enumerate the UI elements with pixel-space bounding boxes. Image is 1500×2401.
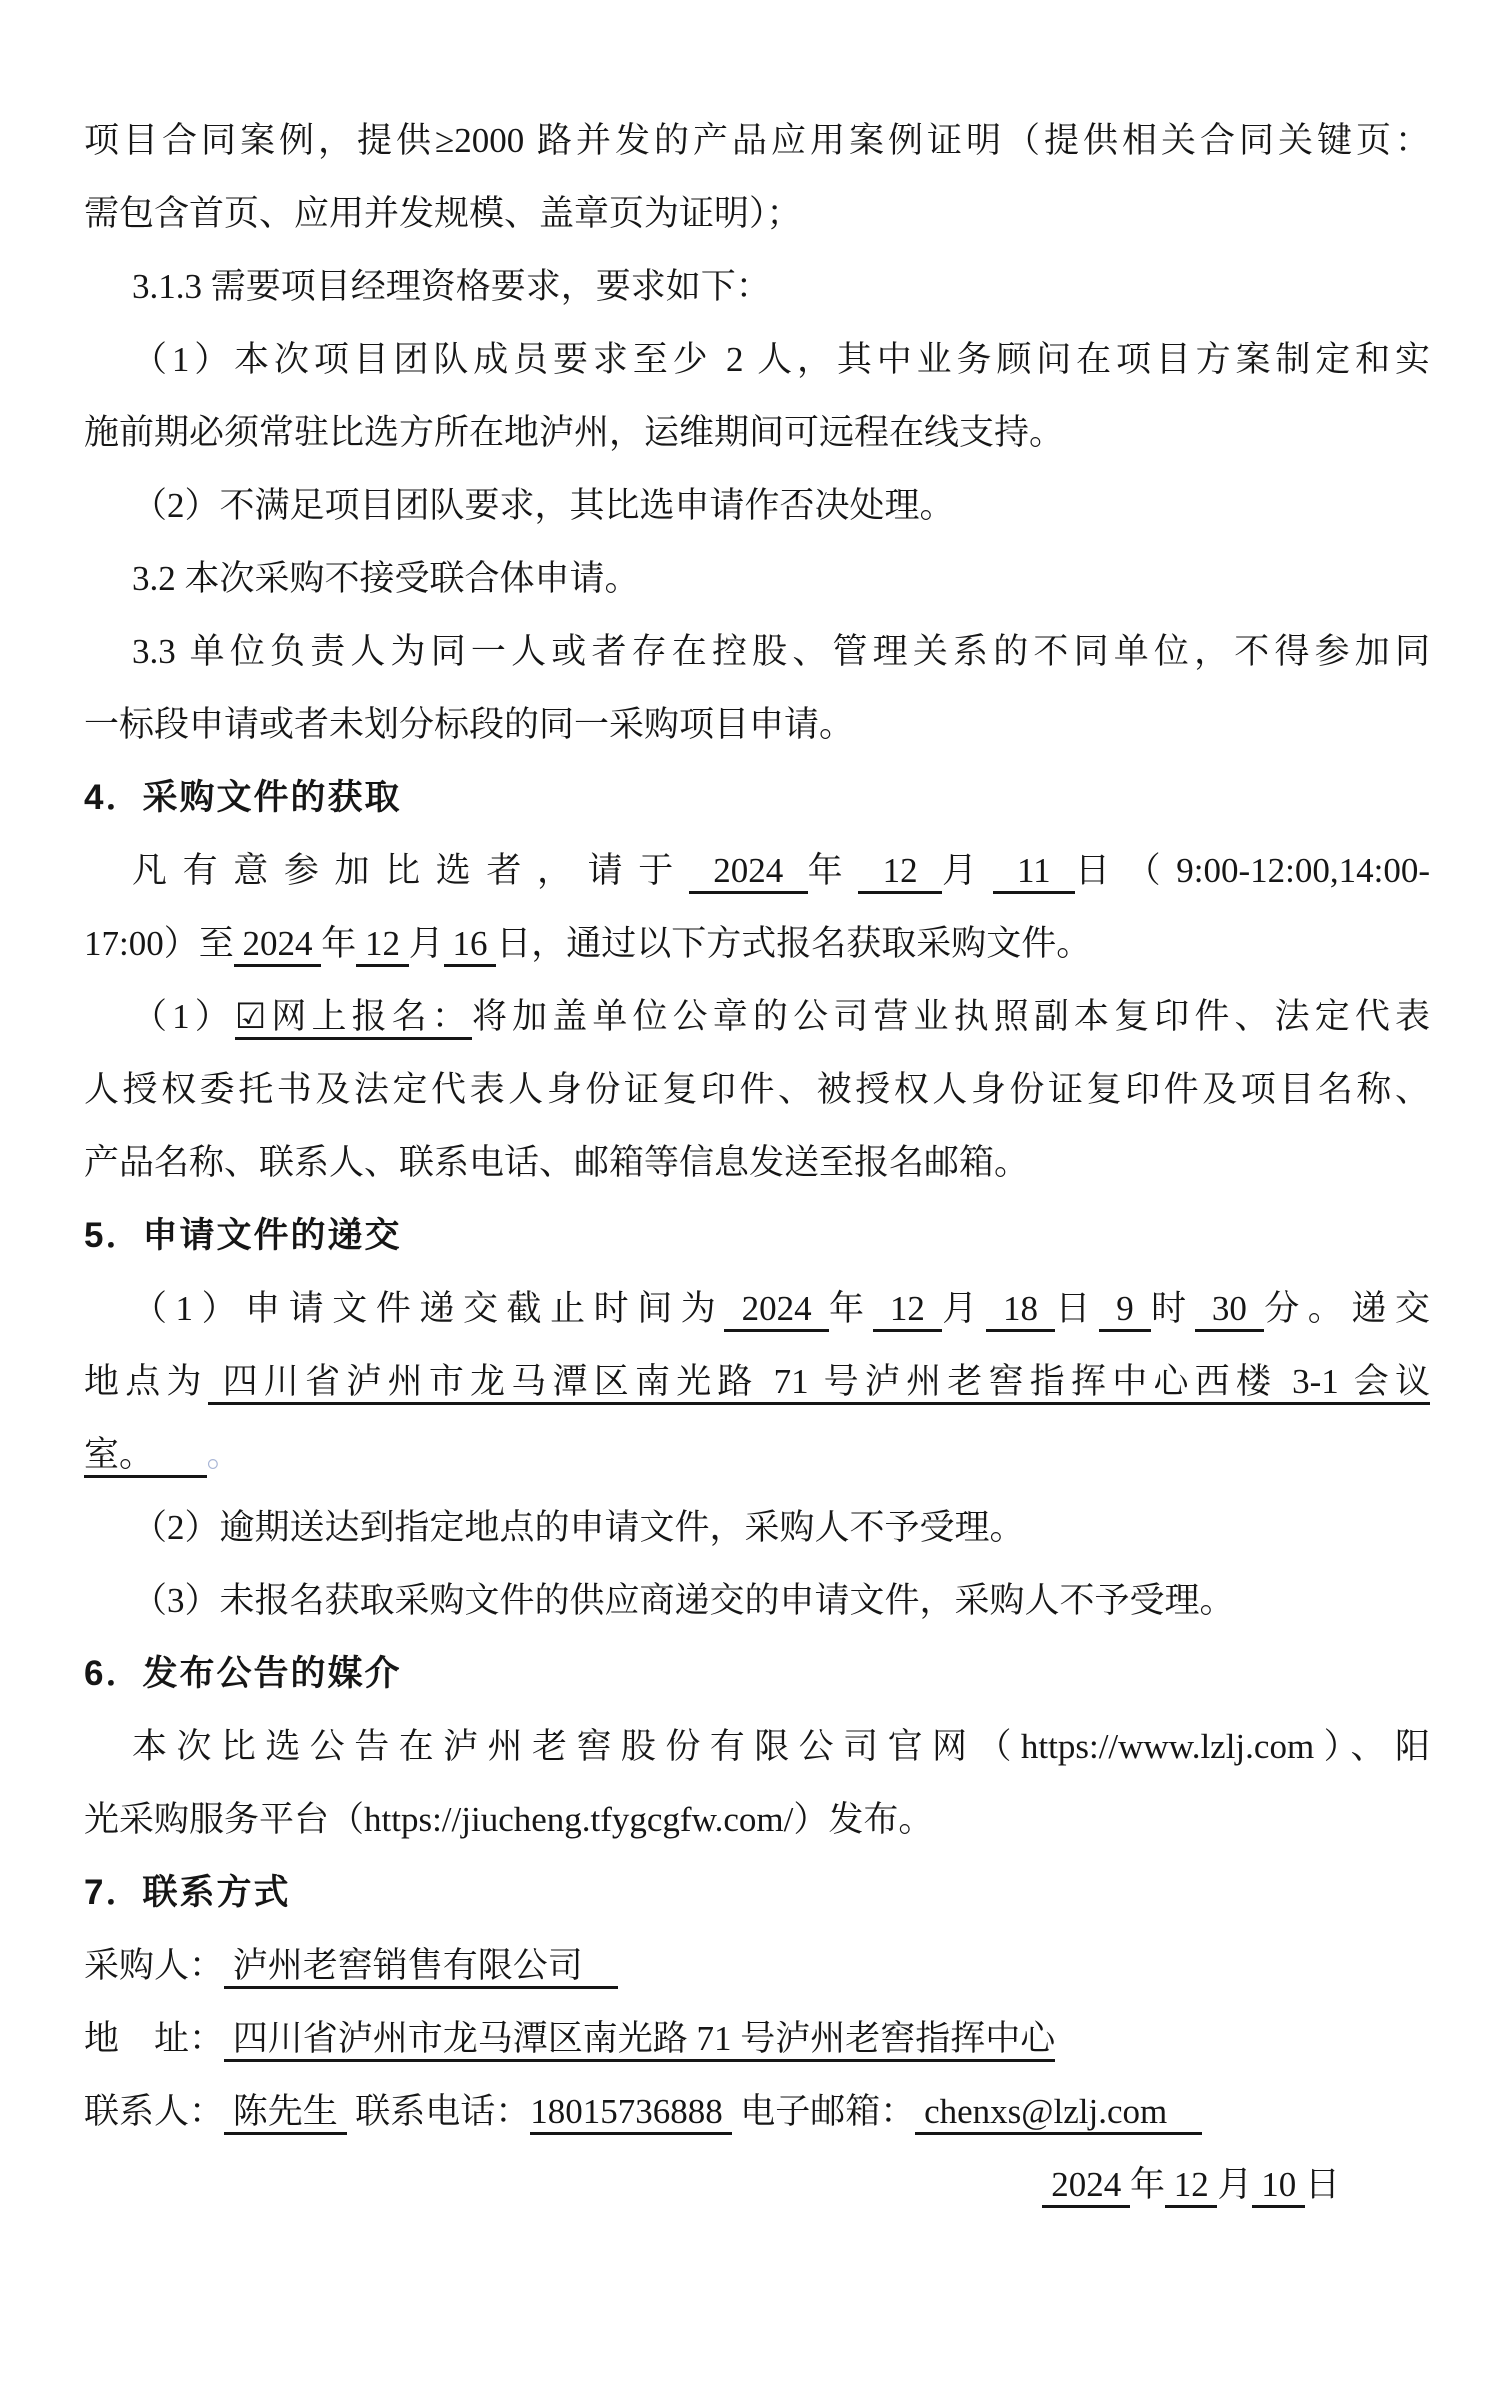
body-text: 月 [409, 924, 444, 963]
announcement-date-row: 2024 年 12 月 10 日 [84, 2148, 1430, 2221]
body-text: 年 [808, 851, 859, 890]
body-text: （2）不满足项目团队要求，其比选申请作否决处理。 [132, 486, 955, 525]
body-text: 3.1.3 需要项目经理资格要求，要求如下： [132, 267, 771, 306]
body-text: （1）申请文件递交截止时间为 [132, 1289, 724, 1328]
email-address-field: chenxs@lzlj.com [915, 2092, 1202, 2135]
document-viewer: { "colors": { "text": "#161616", "backgr… [0, 0, 1500, 2401]
body-text: 项目合同案例，提供≥2000 路并发的产品应用案例证明（提供相关合同关键页： [84, 121, 1430, 160]
text-line: 施前期必须常驻比选方所在地泸州，运维期间可远程在线支持。 [84, 396, 1430, 469]
body-text: 月 [942, 851, 993, 890]
text-line: 产品名称、联系人、联系电话、邮箱等信息发送至报名邮箱。 [84, 1126, 1430, 1199]
deadline-hour-field: 9 [1099, 1289, 1151, 1332]
body-text: 3.2 本次采购不接受联合体申请。 [132, 559, 640, 598]
body-text: （3）未报名获取采购文件的供应商递交的申请文件，采购人不予受理。 [132, 1581, 1235, 1620]
body-text: 本次比选公告在泸州老窖股份有限公司官网（https://www.lzlj.com… [132, 1727, 1430, 1766]
body-text: 人授权委托书及法定代表人身份证复印件、被授权人身份证复印件及项目名称、 [84, 1070, 1430, 1109]
clause-3-1-3: 3.1.3 需要项目经理资格要求，要求如下： [84, 250, 1430, 323]
section-heading-7: 7．联系方式 [84, 1856, 1430, 1929]
body-text: 日 [1055, 1289, 1099, 1328]
address-row: 地 址： 四川省泸州市龙马潭区南光路 71 号泸州老窖指挥中心 [84, 2002, 1430, 2075]
body-text: 分。递交 [1264, 1289, 1430, 1328]
body-text: 产品名称、联系人、联系电话、邮箱等信息发送至报名邮箱。 [84, 1143, 1029, 1182]
body-text: 年 [1130, 2165, 1165, 2204]
body-text: 月 [1217, 2165, 1252, 2204]
text-line: 需包含首页、应用并发规模、盖章页为证明）； [84, 177, 1430, 250]
text-line: （2）逾期送达到指定地点的申请文件，采购人不予受理。 [84, 1491, 1430, 1564]
body-text: 地点为 [84, 1362, 208, 1401]
address-label: 地 址： [84, 2019, 224, 2058]
phone-number-field: 18015736888 [530, 2092, 731, 2135]
contact-row: 联系人： 陈先生 联系电话：18015736888 电子邮箱： chenxs@l… [84, 2075, 1430, 2148]
heading-text: 6．发布公告的媒介 [84, 1654, 401, 1693]
body-text: 将加盖单位公章的公司营业执照副本复印件、法定代表 [472, 997, 1430, 1036]
obtain-end-day-field: 16 [444, 924, 497, 967]
deadline-minute-field: 30 [1195, 1289, 1265, 1332]
document-page: 项目合同案例，提供≥2000 路并发的产品应用案例证明（提供相关合同关键页： 需… [0, 0, 1500, 2401]
submission-address-field-end: 室。 [84, 1435, 207, 1478]
obtain-start-year-field: 2024 [689, 851, 808, 894]
body-text: 时 [1151, 1289, 1195, 1328]
section-heading-5: 5．申请文件的递交 [84, 1199, 1430, 1272]
body-text: （1） [132, 997, 235, 1036]
heading-text: 4．采购文件的获取 [84, 778, 401, 817]
obtain-start-day-field: 11 [993, 851, 1075, 894]
body-text: 光采购服务平台（https://jiucheng.tfygcgfw.com/）发… [84, 1800, 933, 1839]
heading-text: 5．申请文件的递交 [84, 1216, 401, 1255]
body-text: （2）逾期送达到指定地点的申请文件，采购人不予受理。 [132, 1508, 1025, 1547]
body-text: 日，通过以下方式报名获取采购文件。 [496, 924, 1091, 963]
text-line: 17:00）至 2024 年 12 月 16 日，通过以下方式报名获取采购文件。 [84, 907, 1430, 980]
body-text: 日（9:00-12:00,14:00- [1075, 851, 1430, 890]
clause-3-3: 3.3 单位负责人为同一人或者存在控股、管理关系的不同单位，不得参加同 [84, 615, 1430, 688]
body-text: （1）本次项目团队成员要求至少 2 人，其中业务顾问在项目方案制定和实 [132, 340, 1430, 379]
body-text: 年 [321, 924, 356, 963]
body-text: 日 [1305, 2165, 1340, 2204]
body-text: 凡有意参加比选者，请于 [132, 851, 689, 890]
purchaser-row: 采购人： 泸州老窖销售有限公司 [84, 1929, 1430, 2002]
revision-period-mark: 。 [207, 1435, 242, 1474]
obtain-end-month-field: 12 [356, 924, 409, 967]
body-text: 年 [829, 1289, 873, 1328]
announce-year-field: 2024 [1042, 2165, 1130, 2208]
text-line: 一标段申请或者未划分标段的同一采购项目申请。 [84, 688, 1430, 761]
text-line: 室。 。 [84, 1418, 1430, 1491]
body-text: 需包含首页、应用并发规模、盖章页为证明）； [84, 194, 802, 233]
deadline-year-field: 2024 [724, 1289, 829, 1332]
purchaser-name-field: 泸州老窖销售有限公司 [224, 1946, 618, 1989]
purchaser-label: 采购人： [84, 1946, 224, 1985]
text-line: （2）不满足项目团队要求，其比选申请作否决处理。 [84, 469, 1430, 542]
text-line: （1）☑网上报名：将加盖单位公章的公司营业执照副本复印件、法定代表 [84, 980, 1430, 1053]
clause-3-2: 3.2 本次采购不接受联合体申请。 [84, 542, 1430, 615]
contact-name-field: 陈先生 [224, 2092, 347, 2135]
phone-label: 联系电话： [347, 2092, 531, 2131]
body-text: 一标段申请或者未划分标段的同一采购项目申请。 [84, 705, 854, 744]
address-field: 四川省泸州市龙马潭区南光路 71 号泸州老窖指挥中心 [224, 2019, 1055, 2062]
text-line: 人授权委托书及法定代表人身份证复印件、被授权人身份证复印件及项目名称、 [84, 1053, 1430, 1126]
checkbox-checked-icon: ☑ [235, 997, 266, 1040]
text-line: 地点为 四川省泸州市龙马潭区南光路 71 号泸州老窖指挥中心西楼 3-1 会议 [84, 1345, 1430, 1418]
announce-day-field: 10 [1252, 2165, 1305, 2208]
body-text: 3.3 单位负责人为同一人或者存在控股、管理关系的不同单位，不得参加同 [132, 632, 1430, 671]
body-text: 月 [942, 1289, 986, 1328]
text-line: 光采购服务平台（https://jiucheng.tfygcgfw.com/）发… [84, 1783, 1430, 1856]
body-text: 施前期必须常驻比选方所在地泸州，运维期间可远程在线支持。 [84, 413, 1064, 452]
heading-text: 7．联系方式 [84, 1873, 290, 1912]
section-heading-4: 4．采购文件的获取 [84, 761, 1430, 834]
deadline-month-field: 12 [873, 1289, 943, 1332]
announce-month-field: 12 [1165, 2165, 1218, 2208]
obtain-start-month-field: 12 [858, 851, 942, 894]
deadline-day-field: 18 [986, 1289, 1056, 1332]
submission-address-field: 四川省泸州市龙马潭区南光路 71 号泸州老窖指挥中心西楼 3-1 会议 [208, 1362, 1430, 1405]
section-heading-6: 6．发布公告的媒介 [84, 1637, 1430, 1710]
text-line: （1）申请文件递交截止时间为 2024 年 12 月 18 日 9 时 30 分… [84, 1272, 1430, 1345]
text-line: （1）本次项目团队成员要求至少 2 人，其中业务顾问在项目方案制定和实 [84, 323, 1430, 396]
text-line: 凡有意参加比选者，请于 2024 年 12 月 11 日（9:00-12:00,… [84, 834, 1430, 907]
obtain-end-year-field: 2024 [234, 924, 322, 967]
text-line: （3）未报名获取采购文件的供应商递交的申请文件，采购人不予受理。 [84, 1564, 1430, 1637]
text-line: 本次比选公告在泸州老窖股份有限公司官网（https://www.lzlj.com… [84, 1710, 1430, 1783]
contact-label: 联系人： [84, 2092, 224, 2131]
online-signup-label: 网上报名： [266, 997, 472, 1040]
email-label: 电子邮箱： [732, 2092, 916, 2131]
text-line: 项目合同案例，提供≥2000 路并发的产品应用案例证明（提供相关合同关键页： [84, 104, 1430, 177]
body-text: 17:00）至 [84, 924, 234, 963]
